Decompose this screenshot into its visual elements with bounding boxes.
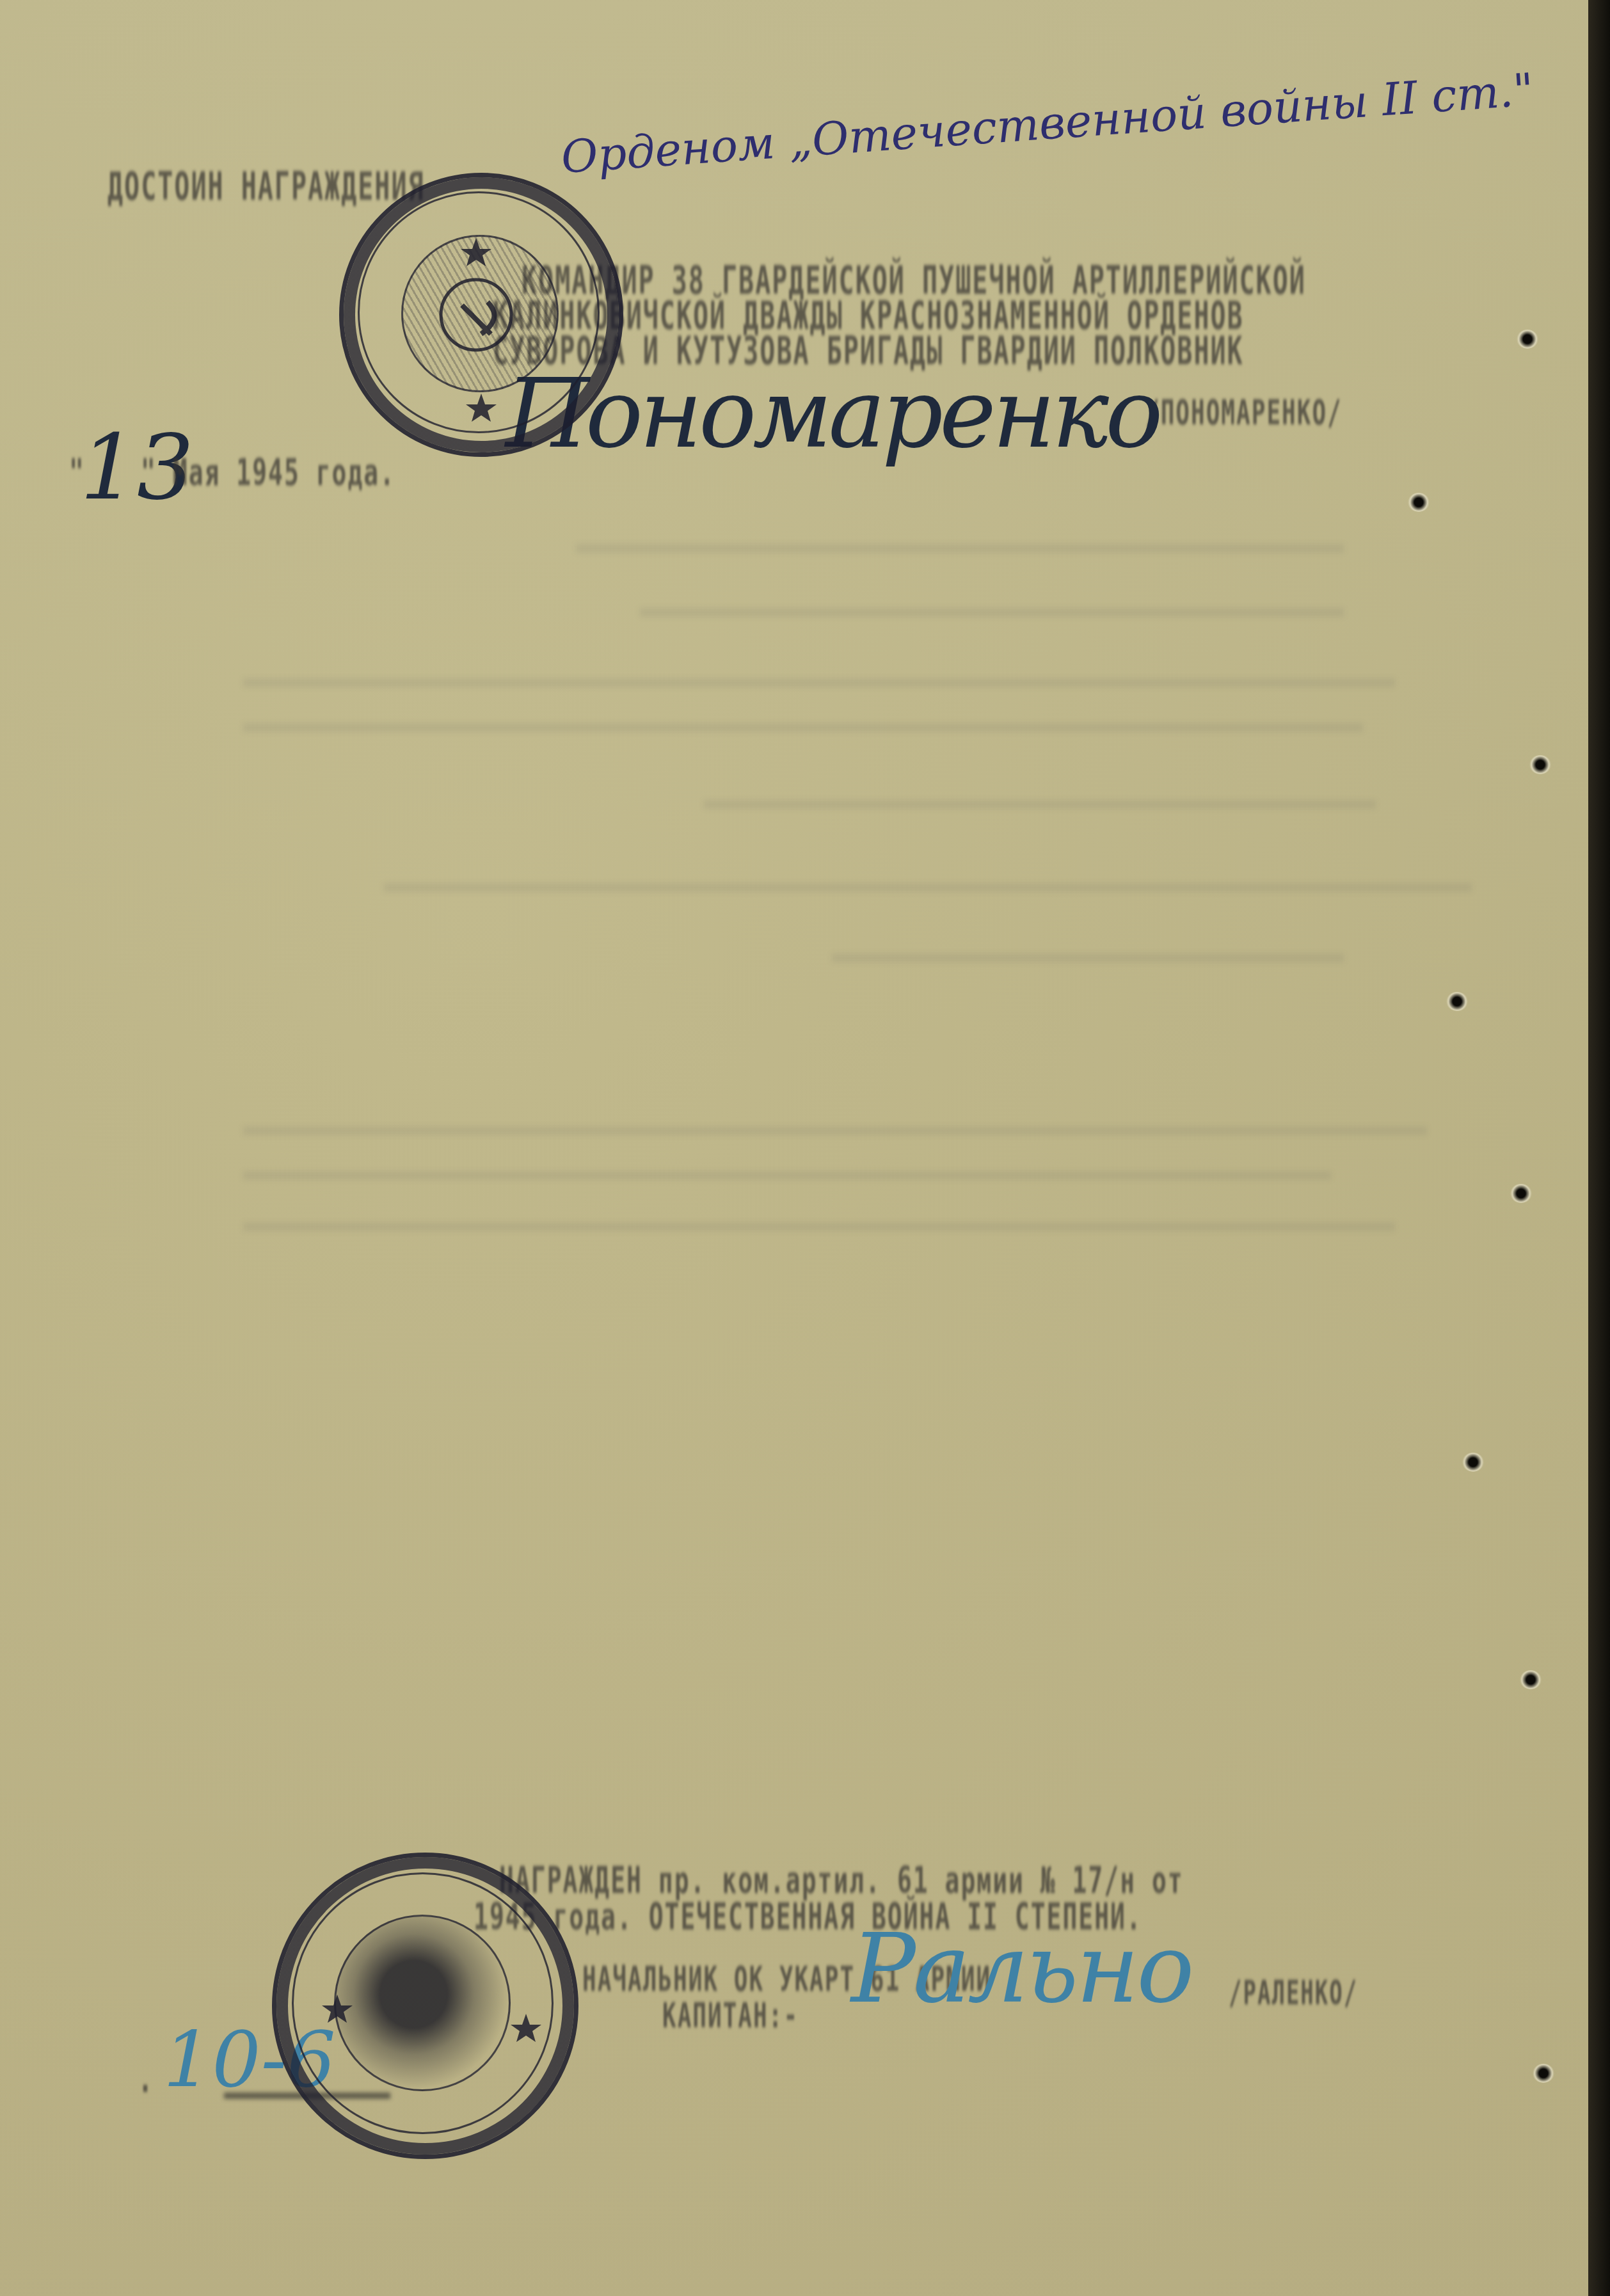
bleed-through-line [704, 800, 1376, 809]
soviet-emblem-icon [344, 177, 619, 452]
soviet-emblem-icon [276, 1857, 574, 2155]
bleed-through-line [576, 544, 1344, 553]
bleed-through-line [640, 608, 1344, 617]
punch-hole [1462, 1453, 1484, 1472]
bleed-through-line [243, 723, 1363, 732]
document-page: ДОСТОИН НАГРАЖДЕНИЯ Орденом „Отечественн… [0, 0, 1588, 2296]
punch-hole [1520, 1670, 1542, 1689]
commander-name: /ПОНОМАРЕНКО/ [1145, 394, 1343, 433]
bleed-through-line [243, 678, 1395, 687]
punch-hole [1408, 493, 1430, 512]
punch-hole [1517, 330, 1538, 349]
officer-name: /РАЛЕНКО/ [1229, 1974, 1358, 2013]
handwritten-award-note: Орденом „Отечественной войны II ст." [559, 63, 1535, 184]
punch-hole [1529, 755, 1551, 774]
punch-hole [1446, 992, 1468, 1011]
punch-hole [1510, 1184, 1532, 1203]
officer-title-line-2: КАПИТАН:- [662, 1997, 799, 2036]
top-unit-stamp [339, 173, 623, 457]
bleed-through-line [384, 883, 1472, 892]
bottom-army-stamp [272, 1853, 578, 2159]
bleed-through-line [243, 1171, 1331, 1180]
punch-hole [1533, 2064, 1554, 2083]
number-dot: . [138, 2057, 154, 2101]
date-text: " Мая 1945 года. [141, 451, 395, 493]
officer-signature: Рально [851, 1913, 1192, 2025]
bleed-through-line [243, 1126, 1427, 1135]
bleed-through-line [243, 1222, 1395, 1231]
scan-edge [1588, 0, 1610, 2296]
bleed-through-line [832, 953, 1344, 962]
